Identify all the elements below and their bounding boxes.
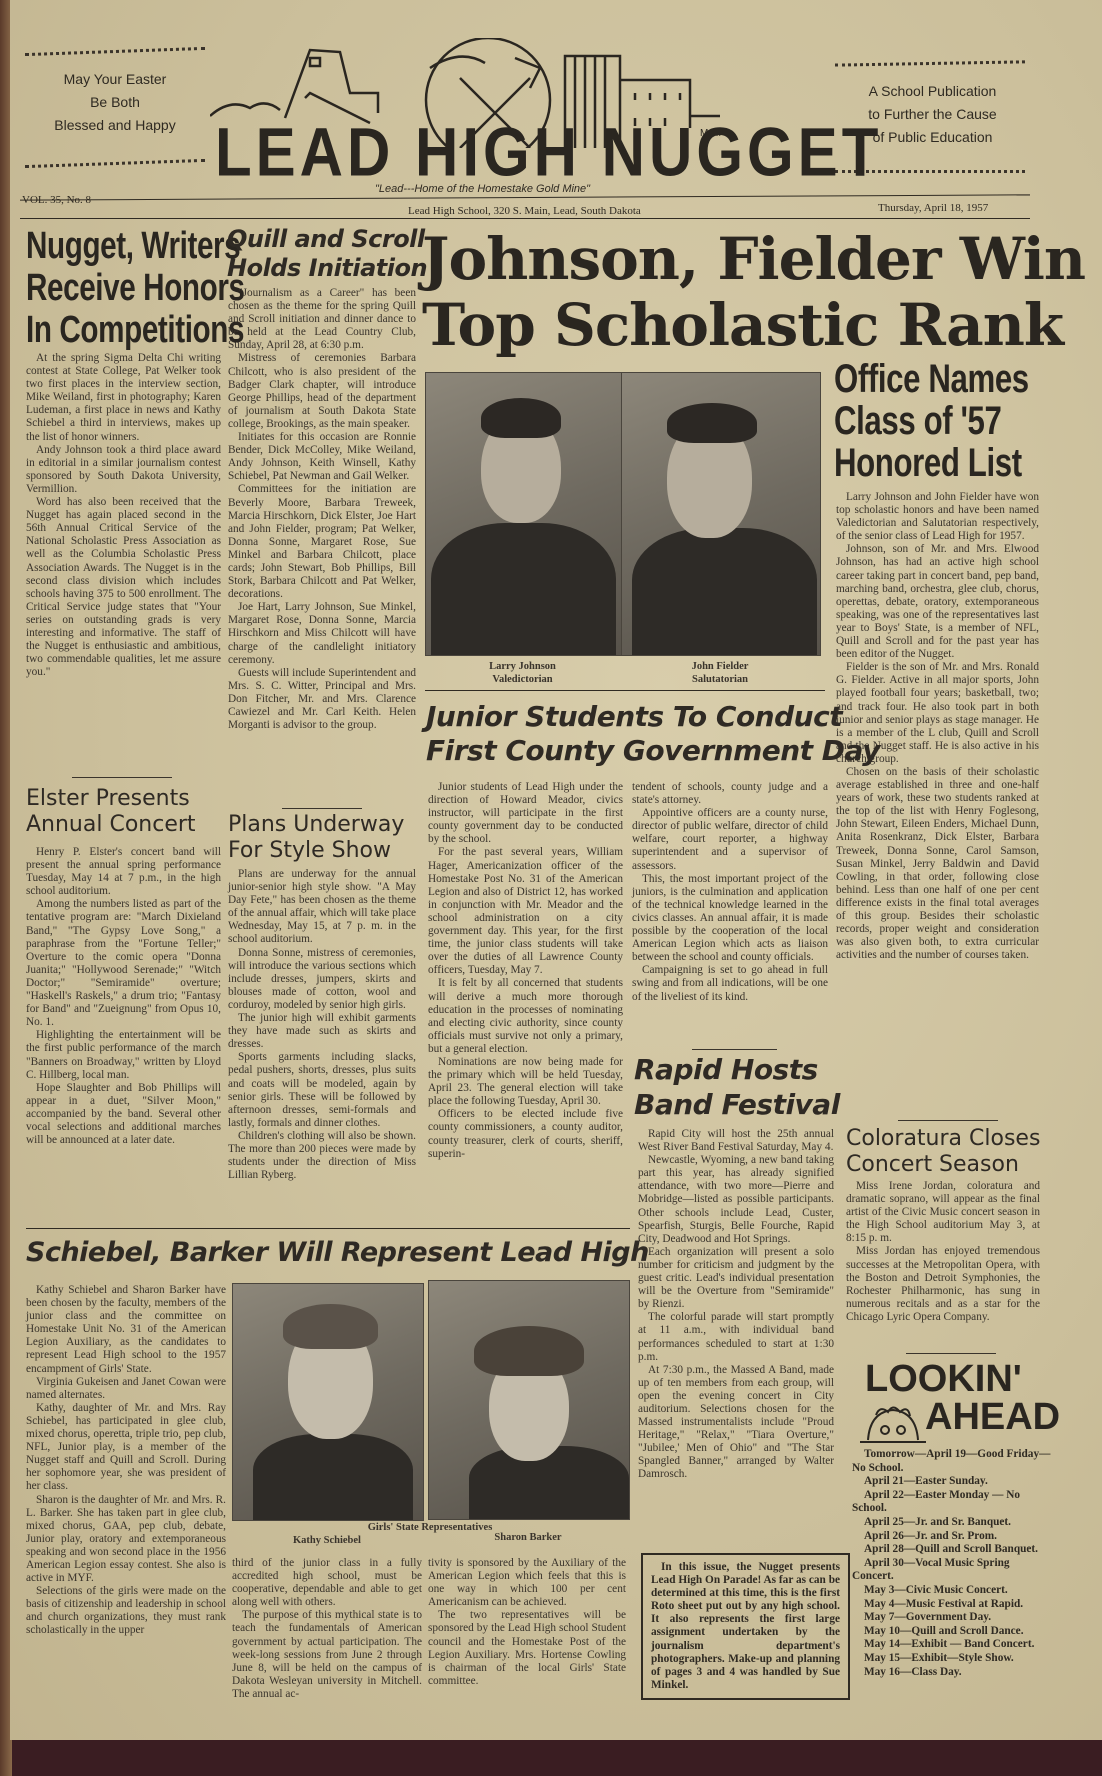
- rapid-hosts-headline: Rapid Hosts Band Festival: [634, 1052, 840, 1122]
- event-item: May 16—Class Day.: [852, 1666, 1052, 1680]
- event-item: April 26—Jr. and Sr. Prom.: [852, 1530, 1052, 1544]
- article-divider: [72, 777, 172, 778]
- nugget-writers-body: At the spring Sigma Delta Chi writing co…: [26, 352, 221, 679]
- school-address: Lead High School, 320 S. Main, Lead, Sou…: [408, 205, 641, 217]
- lookin-ahead-events: Tomorrow—April 19—Good Friday—No School.…: [852, 1448, 1052, 1679]
- event-item: April 21—Easter Sunday.: [852, 1475, 1052, 1489]
- masthead-rule-bottom: [20, 218, 1030, 219]
- volume-number: VOL. 35, No. 8: [22, 194, 91, 206]
- event-item: May 14—Exhibit — Band Concert.: [852, 1638, 1052, 1652]
- quill-scroll-body: "Journalism as a Career" has been chosen…: [228, 287, 416, 732]
- portrait-caption-barker: Sharon Barker: [428, 1531, 628, 1544]
- portrait-john-fielder: [621, 372, 821, 656]
- schiebel-barker-headline: Schiebel, Barker Will Represent Lead Hig…: [26, 1236, 649, 1270]
- event-item: May 10—Quill and Scroll Dance.: [852, 1625, 1052, 1639]
- article-divider: [692, 1049, 777, 1050]
- nugget-writers-headline: Nugget, Writers Receive Honors In Compet…: [26, 225, 245, 351]
- schiebel-barker-col3: tivity is sponsored by the Auxiliary of …: [428, 1557, 626, 1688]
- event-item: May 15—Exhibit—Style Show.: [852, 1652, 1052, 1666]
- quill-scroll-headline: Quill and Scroll Holds Initiation: [227, 225, 427, 283]
- section-rule: [26, 1228, 630, 1229]
- event-item: April 22—Easter Monday — No School.: [852, 1489, 1052, 1516]
- lookin-ahead-title: LOOKIN': [865, 1360, 1022, 1398]
- article-divider: [906, 1353, 996, 1354]
- section-rule: [425, 690, 825, 691]
- portrait-caption-johnson: Larry Johnson Valedictorian: [425, 660, 620, 686]
- coloratura-body: Miss Irene Jordan, coloratura and dramat…: [846, 1180, 1040, 1324]
- portrait-caption-fielder: John Fielder Salutatorian: [621, 660, 819, 686]
- schiebel-barker-col2: third of the junior class in a fully acc…: [232, 1557, 422, 1701]
- event-item: April 25—Jr. and Sr. Banquet.: [852, 1516, 1052, 1530]
- peeking-face-icon: [858, 1400, 928, 1445]
- rapid-hosts-body: Rapid City will host the 25th annual Wes…: [638, 1128, 834, 1482]
- event-item: April 28—Quill and Scroll Banquet.: [852, 1543, 1052, 1557]
- article-divider: [282, 808, 362, 809]
- masthead-motto: "Lead---Home of the Homestake Gold Mine": [375, 183, 590, 195]
- right-ear-line: A School Publication: [840, 80, 1025, 103]
- style-show-body: Plans are underway for the annual junior…: [228, 868, 416, 1182]
- article-divider: [898, 1120, 998, 1121]
- issue-date: Thursday, April 18, 1957: [878, 202, 988, 214]
- schiebel-barker-col1: Kathy Schiebel and Sharon Barker have be…: [26, 1284, 226, 1638]
- style-show-headline: Plans Underway For Style Show: [228, 812, 404, 864]
- junior-students-col2: tendent of schools, county judge and a s…: [632, 781, 828, 1004]
- lookin-ahead-title-2: AHEAD: [925, 1398, 1060, 1436]
- main-headline: Johnson, Fielder Win Top Scholastic Rank: [422, 226, 1085, 358]
- elster-headline: Elster Presents Annual Concert: [26, 786, 196, 838]
- event-item: May 4—Music Festival at Rapid.: [852, 1598, 1052, 1612]
- elster-body: Henry P. Elster's concert band will pres…: [26, 846, 221, 1147]
- office-names-headline: Office Names Class of '57 Honored List: [834, 358, 1029, 484]
- portrait-larry-johnson: [425, 372, 622, 656]
- left-ear-line: Be Both: [30, 91, 200, 114]
- masthead-title: LEAD HIGH NUGGET: [215, 112, 882, 191]
- left-ear-line: Blessed and Happy: [30, 114, 200, 137]
- left-ear: May Your Easter Be Both Blessed and Happ…: [30, 68, 200, 137]
- coloratura-headline: Coloratura Closes Concert Season: [846, 1126, 1040, 1178]
- notice-text: In this issue, the Nugget presents Lead …: [651, 1561, 840, 1692]
- event-item: May 3—Civic Music Concert.: [852, 1584, 1052, 1598]
- portrait-caption-schiebel: Kathy Schiebel: [232, 1534, 422, 1547]
- notice-box: In this issue, the Nugget presents Lead …: [641, 1553, 850, 1700]
- junior-students-headline: Junior Students To Conduct First County …: [426, 700, 880, 768]
- portrait-kathy-schiebel: [232, 1283, 424, 1521]
- junior-students-col1: Junior students of Lead High under the d…: [428, 781, 623, 1161]
- left-ear-line: May Your Easter: [30, 68, 200, 91]
- event-item: April 30—Vocal Music Spring Concert.: [852, 1557, 1052, 1584]
- event-item: Tomorrow—April 19—Good Friday—No School.: [852, 1448, 1052, 1475]
- portrait-sharon-barker: [428, 1280, 630, 1520]
- event-item: May 7—Government Day.: [852, 1611, 1052, 1625]
